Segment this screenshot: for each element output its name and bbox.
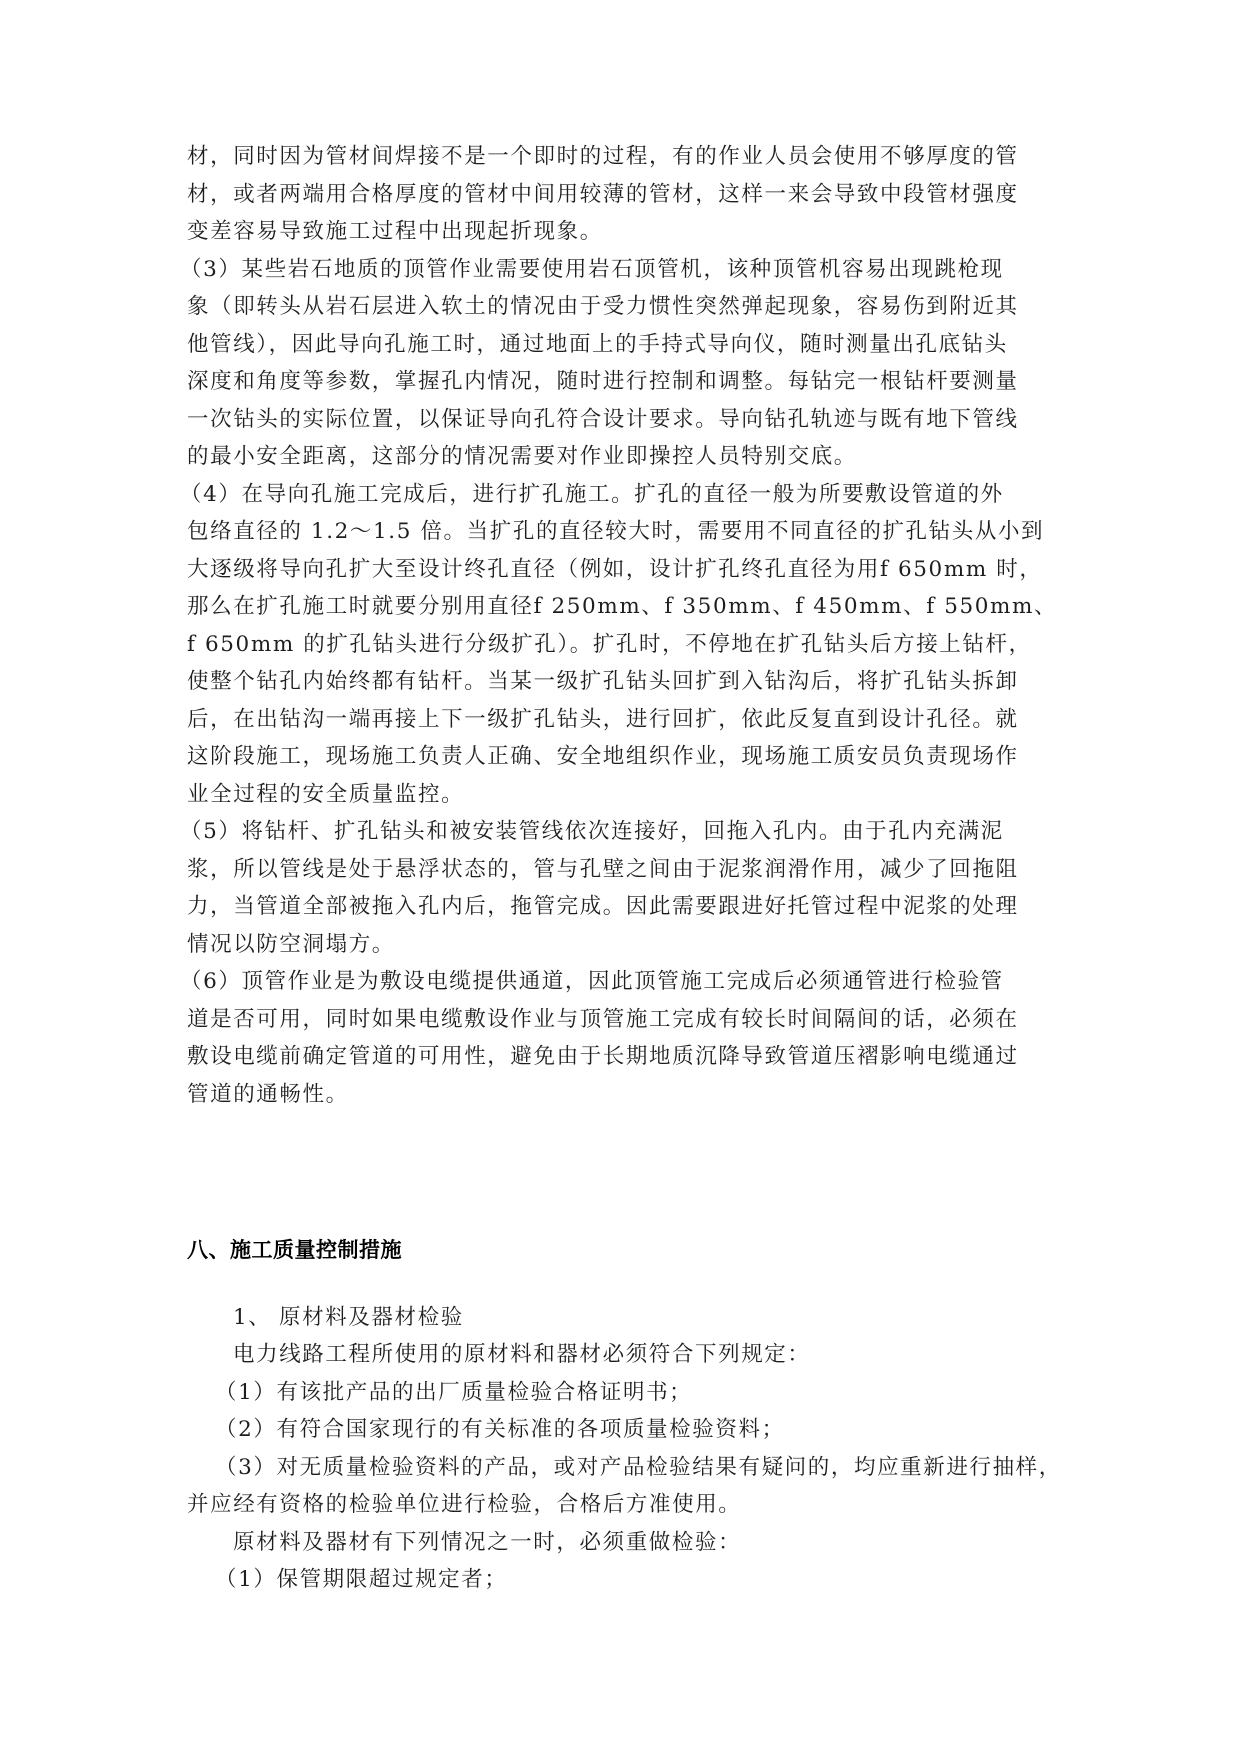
paragraph-line: 业全过程的安全质量监控。 — [187, 781, 464, 809]
paragraph-line: （3）某些岩石地质的顶管作业需要使用岩石顶管机，该种顶管机容易出现跳枪现 — [180, 256, 1004, 284]
requirement-item: （3）对无质量检验资料的产品，或对产品检验结果有疑问的，均应重新进行抽样， — [215, 1454, 1062, 1482]
paragraph-line: 后，在出钻沟一端再接上下一级扩孔钻头，进行回扩，依此反复直到设计孔径。就 — [187, 706, 1019, 734]
paragraph-line: 包络直径的 1.2～1.5 倍。当扩孔的直径较大时，需要用不同直径的扩孔钻头从小… — [187, 518, 1044, 546]
section-heading: 八、施工质量控制措施 — [187, 1236, 402, 1264]
paragraph-line: （4）在导向孔施工完成后，进行扩孔施工。扩孔的直径一般为所要敷设管道的外 — [180, 481, 1004, 509]
paragraph-line: 道是否可用，同时如果电缆敷设作业与顶管施工完成有较长时间隔间的话，必须在 — [187, 1006, 1019, 1034]
paragraph-line: 材，或者两端用合格厚度的管材中间用较薄的管材，这样一来会导致中段管材强度 — [187, 181, 1019, 209]
paragraph-line: 管道的通畅性。 — [187, 1081, 349, 1109]
paragraph-line: 的最小安全距离，这部分的情况需要对作业即操控人员特别交底。 — [187, 443, 857, 471]
paragraph-line: 电力线路工程所使用的原材料和器材必须符合下列规定： — [233, 1341, 811, 1369]
paragraph-line: （5）将钻杆、扩孔钻头和被安装管线依次连接好，回拖入孔内。由于孔内充满泥 — [180, 818, 1004, 846]
paragraph-line: 并应经有资格的检验单位进行检验，合格后方准使用。 — [187, 1491, 741, 1519]
paragraph-line: 深度和角度等参数，掌握孔内情况，随时进行控制和调整。每钻完一根钻杆要测量 — [187, 368, 1019, 396]
subsection-number: 1、 — [233, 1304, 279, 1332]
paragraph-line: f 650mm 的扩孔钻头进行分级扩孔）。扩孔时，不停地在扩孔钻头后方接上钻杆， — [187, 631, 1032, 659]
paragraph-line: 象（即转头从岩石层进入软土的情况由于受力惯性突然弹起现象，容易伤到附近其 — [187, 293, 1019, 321]
paragraph-line: 力，当管道全部被拖入孔内后，拖管完成。因此需要跟进好托管过程中泥浆的处理 — [187, 893, 1019, 921]
requirement-item: （1）有该批产品的出厂质量检验合格证明书； — [215, 1379, 692, 1407]
requirement-item: （2）有符合国家现行的有关标准的各项质量检验资料； — [215, 1416, 785, 1444]
paragraph-line: 他管线），因此导向孔施工时，通过地面上的手持式导向仪，随时测量出孔底钻头 — [187, 331, 1008, 359]
paragraph-line: 浆，所以管线是处于悬浮状态的，管与孔壁之间由于泥浆润滑作用，减少了回拖阻 — [187, 856, 1019, 884]
paragraph-line: 敷设电缆前确定管道的可用性，避免由于长期地质沉降导致管道压褶影响电缆通过 — [187, 1043, 1019, 1071]
paragraph-line: 大逐级将导向孔扩大至设计终孔直径（例如，设计扩孔终孔直径为用f 650mm 时， — [187, 556, 1042, 584]
paragraph-line: （6）顶管作业是为敷设电缆提供通道，因此顶管施工完成后必须通管进行检验管 — [180, 968, 1004, 996]
paragraph-line: 那么在扩孔施工时就要分别用直径f 250mm、f 350mm、f 450mm、f… — [187, 593, 1057, 621]
paragraph-line: 情况以防空洞塌方。 — [187, 931, 395, 959]
subsection-title: 原材料及器材检验 — [279, 1305, 464, 1330]
subsection-heading: 1、原材料及器材检验 — [233, 1304, 464, 1332]
reinspect-item: （1）保管期限超过规定者； — [215, 1566, 507, 1594]
paragraph-line: 这阶段施工，现场施工负责人正确、安全地组织作业，现场施工质安员负责现场作 — [187, 743, 1019, 771]
paragraph-line: 一次钻头的实际位置，以保证导向孔符合设计要求。导向钻孔轨迹与既有地下管线 — [187, 406, 1019, 434]
document-page: 材，同时因为管材间焊接不是一个即时的过程，有的作业人员会使用不够厚度的管 材，或… — [0, 0, 1241, 1754]
paragraph-line: 原材料及器材有下列情况之一时，必须重做检验： — [233, 1529, 741, 1557]
paragraph-line: 变差容易导致施工过程中出现起折现象。 — [187, 218, 603, 246]
paragraph-line: 使整个钻孔内始终都有钻杆。当某一级扩孔钻头回扩到入钻沟后，将扩孔钻头拆卸 — [187, 668, 1019, 696]
paragraph-line: 材，同时因为管材间焊接不是一个即时的过程，有的作业人员会使用不够厚度的管 — [187, 143, 1019, 171]
